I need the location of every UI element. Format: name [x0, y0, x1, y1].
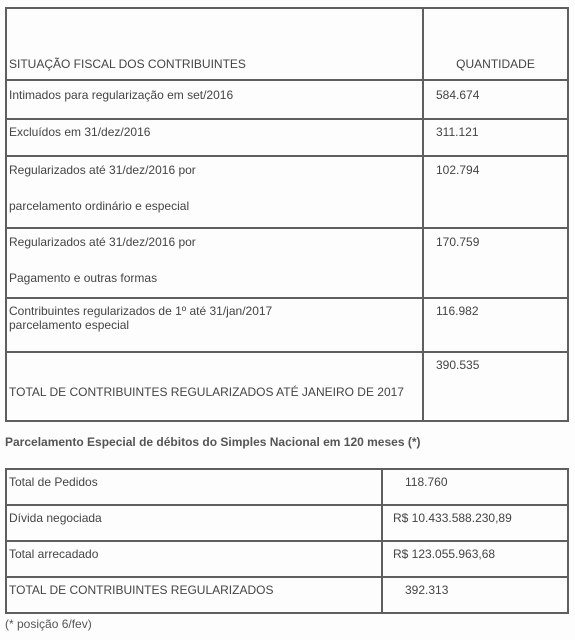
footnote: (* posição 6/fev) [5, 617, 92, 631]
row-label: Regularizados até 31/dez/2016 por Pagame… [6, 228, 423, 298]
total-value: 390.535 [423, 352, 568, 421]
row-label-line2: parcelamento especial [9, 318, 422, 332]
row-label-line2: parcelamento ordinário e especial [9, 199, 422, 213]
row-value: 102.794 [423, 156, 568, 228]
row-label: Dívida negociada [6, 505, 382, 541]
total-row: TOTAL DE CONTRIBUINTES REGULARIZADOS 392… [6, 577, 568, 613]
total-value: 392.313 [382, 577, 568, 613]
total-label: TOTAL DE CONTRIBUINTES REGULARIZADOS ATÉ… [6, 352, 423, 421]
row-value: 311.121 [423, 119, 568, 156]
row-label: Total arrecadado [6, 541, 382, 577]
row-label: Regularizados até 31/dez/2016 por parcel… [6, 156, 423, 228]
row-value: 170.759 [423, 228, 568, 298]
row-label-text: Excluídos em 31/dez/2016 [9, 125, 150, 139]
table-row: Regularizados até 31/dez/2016 por parcel… [6, 156, 568, 228]
row-label-line1: Contribuintes regularizados de 1º até 31… [9, 304, 272, 318]
section-title: Parcelamento Especial de débitos do Simp… [5, 435, 421, 449]
table-row: Excluídos em 31/dez/2016 311.121 [6, 119, 568, 156]
total-label: TOTAL DE CONTRIBUINTES REGULARIZADOS [6, 577, 382, 613]
total-row: TOTAL DE CONTRIBUINTES REGULARIZADOS ATÉ… [6, 352, 568, 421]
table-row: Contribuintes regularizados de 1º até 31… [6, 298, 568, 352]
row-label: Contribuintes regularizados de 1º até 31… [6, 298, 423, 352]
row-value: 116.982 [423, 298, 568, 352]
row-label: Total de Pedidos [6, 469, 382, 505]
row-value: 584.674 [423, 80, 568, 119]
table-row: Total arrecadado R$ 123.055.963,68 [6, 541, 568, 577]
special-installment-table: Total de Pedidos 118.760 Dívida negociad… [5, 468, 569, 614]
row-label-line1: Regularizados até 31/dez/2016 por [9, 163, 196, 177]
table-header-row: SITUAÇÃO FISCAL DOS CONTRIBUINTES QUANTI… [6, 8, 568, 80]
header-quantity: QUANTIDADE [423, 8, 568, 80]
row-value: R$ 123.055.963,68 [382, 541, 568, 577]
row-label: Excluídos em 31/dez/2016 [6, 119, 423, 156]
total-label-text: TOTAL DE CONTRIBUINTES REGULARIZADOS ATÉ… [9, 385, 422, 399]
table-row: Dívida negociada R$ 10.433.588.230,89 [6, 505, 568, 541]
table-row: Intimados para regularização em set/2016… [6, 80, 568, 119]
row-value: R$ 10.433.588.230,89 [382, 505, 568, 541]
row-value: 118.760 [382, 469, 568, 505]
fiscal-situation-table: SITUAÇÃO FISCAL DOS CONTRIBUINTES QUANTI… [5, 7, 569, 422]
row-label-text: Intimados para regularização em set/2016 [9, 88, 233, 102]
table-row: Total de Pedidos 118.760 [6, 469, 568, 505]
row-label-line1: Regularizados até 31/dez/2016 por [9, 235, 196, 249]
row-label-line2: Pagamento e outras formas [9, 271, 422, 285]
header-situation: SITUAÇÃO FISCAL DOS CONTRIBUINTES [6, 8, 423, 80]
row-label: Intimados para regularização em set/2016 [6, 80, 423, 119]
table-row: Regularizados até 31/dez/2016 por Pagame… [6, 228, 568, 298]
